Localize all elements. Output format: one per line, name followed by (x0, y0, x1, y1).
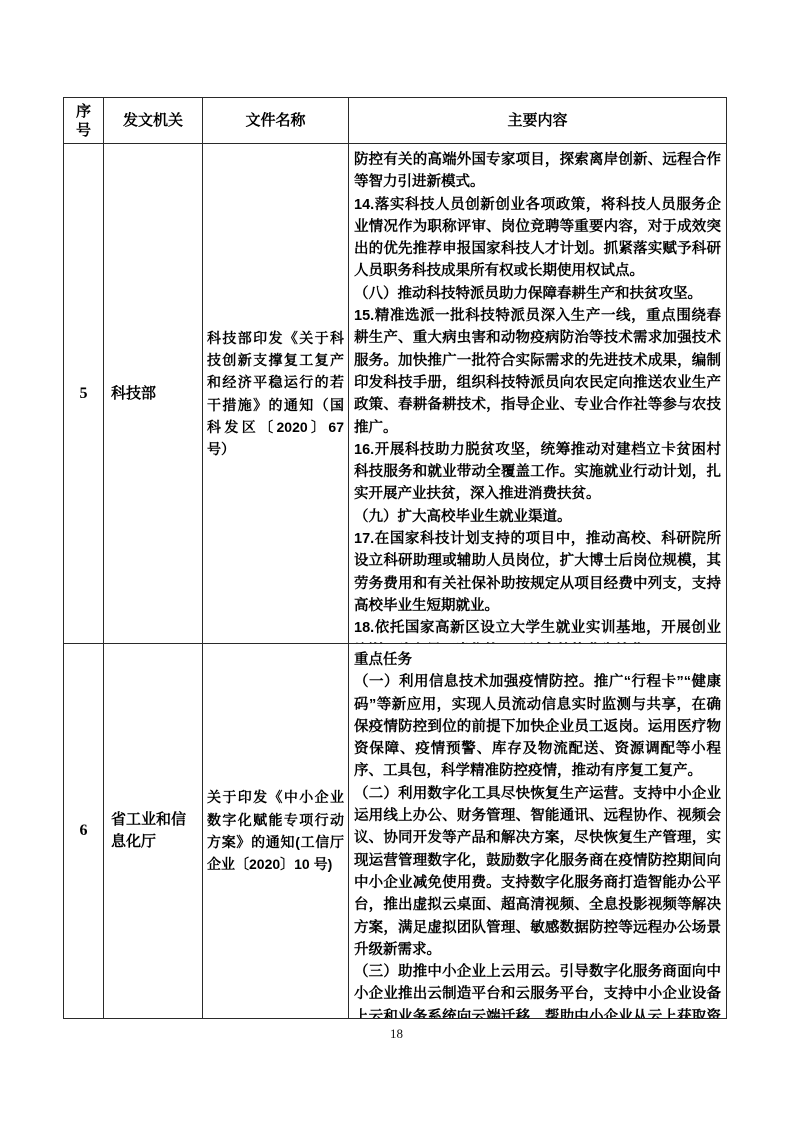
header-cell-agency: 发文机关 (104, 98, 203, 144)
content-paragraph: （三）助推中小企业上云用云。引导数字化服务商面向中小企业推出云制造平台和云服务平… (354, 961, 721, 1018)
page-number: 18 (0, 1026, 793, 1042)
content-paragraph: （二）利用数字化工具尽快恢复生产运营。支持中小企业运用线上办公、财务管理、智能通… (354, 783, 721, 961)
row-number: 5 (80, 385, 88, 403)
doc-name-cell: 科技部印发《关于科技创新支撑复工复产和经济平稳运行的若干措施》的通知（国科发区〔… (203, 144, 349, 644)
document-page: 序号 发文机关 文件名称 主要内容 5 科技部 科技部印发《关于科技创新支撑复工… (0, 0, 793, 1122)
content-paragraph: 14.落实科技人员创新创业各项政策，将科技人员服务企业情况作为职称评审、岗位竞聘… (354, 194, 721, 283)
content-paragraph: （九）扩大高校毕业生就业渠道。 (354, 506, 721, 528)
content-paragraph: 重点任务 (354, 649, 721, 671)
header-label-doc-name: 文件名称 (245, 111, 305, 130)
header-cell-doc-name: 文件名称 (203, 98, 349, 144)
header-cell-main-content: 主要内容 (349, 98, 726, 144)
agency-name: 省工业和信息化厅 (111, 809, 195, 853)
header-cell-number: 序号 (64, 98, 104, 144)
doc-name-cell: 关于印发《中小企业数字化赋能专项行动方案》的通知(工信厅企业〔2020〕10 号… (203, 644, 349, 1018)
row-number: 6 (80, 822, 88, 840)
content-paragraph: 17.在国家科技计划支持的项目中，推动高校、科研院所设立科研助理或辅助人员岗位，… (354, 528, 721, 617)
doc-name: 科技部印发《关于科技创新支撑复工复产和经济平稳运行的若干措施》的通知（国科发区〔… (207, 327, 344, 461)
policy-document-table: 序号 发文机关 文件名称 主要内容 5 科技部 科技部印发《关于科技创新支撑复工… (63, 97, 727, 1019)
agency-cell: 科技部 (104, 144, 203, 644)
header-label-main-content: 主要内容 (507, 111, 567, 130)
row-number-cell: 5 (64, 144, 104, 644)
content-paragraph: （一）利用信息技术加强疫情防控。推广“行程卡”“健康码”等新应用，实现人员流动信… (354, 671, 721, 782)
content-paragraph: 18.依托国家高新区设立大学生就业实训基地，开展创业培训，建立见习岗位等，吸纳高… (354, 617, 721, 644)
content-paragraph: 防控有关的高端外国专家项目，探索离岸创新、远程合作等智力引进新模式。 (354, 149, 721, 194)
header-label-number: 序号 (75, 102, 92, 140)
content-paragraph: 15.精准选派一批科技特派员深入生产一线，重点围绕春耕生产、重大病虫害和动物疫病… (354, 305, 721, 439)
content-paragraph: 16.开展科技助力脱贫攻坚，统筹推动对建档立卡贫困村科技服务和就业带动全覆盖工作… (354, 439, 721, 506)
main-content-cell: 防控有关的高端外国专家项目，探索离岸创新、远程合作等智力引进新模式。14.落实科… (349, 144, 726, 644)
header-label-agency: 发文机关 (123, 111, 183, 130)
agency-name: 科技部 (111, 383, 195, 405)
doc-name: 关于印发《中小企业数字化赋能专项行动方案》的通知(工信厅企业〔2020〕10 号… (207, 786, 344, 875)
row-number-cell: 6 (64, 644, 104, 1018)
agency-cell: 省工业和信息化厅 (104, 644, 203, 1018)
content-paragraph: （八）推动科技特派员助力保障春耕生产和扶贫攻坚。 (354, 283, 721, 305)
main-content-cell: 重点任务（一）利用信息技术加强疫情防控。推广“行程卡”“健康码”等新应用，实现人… (349, 644, 726, 1018)
